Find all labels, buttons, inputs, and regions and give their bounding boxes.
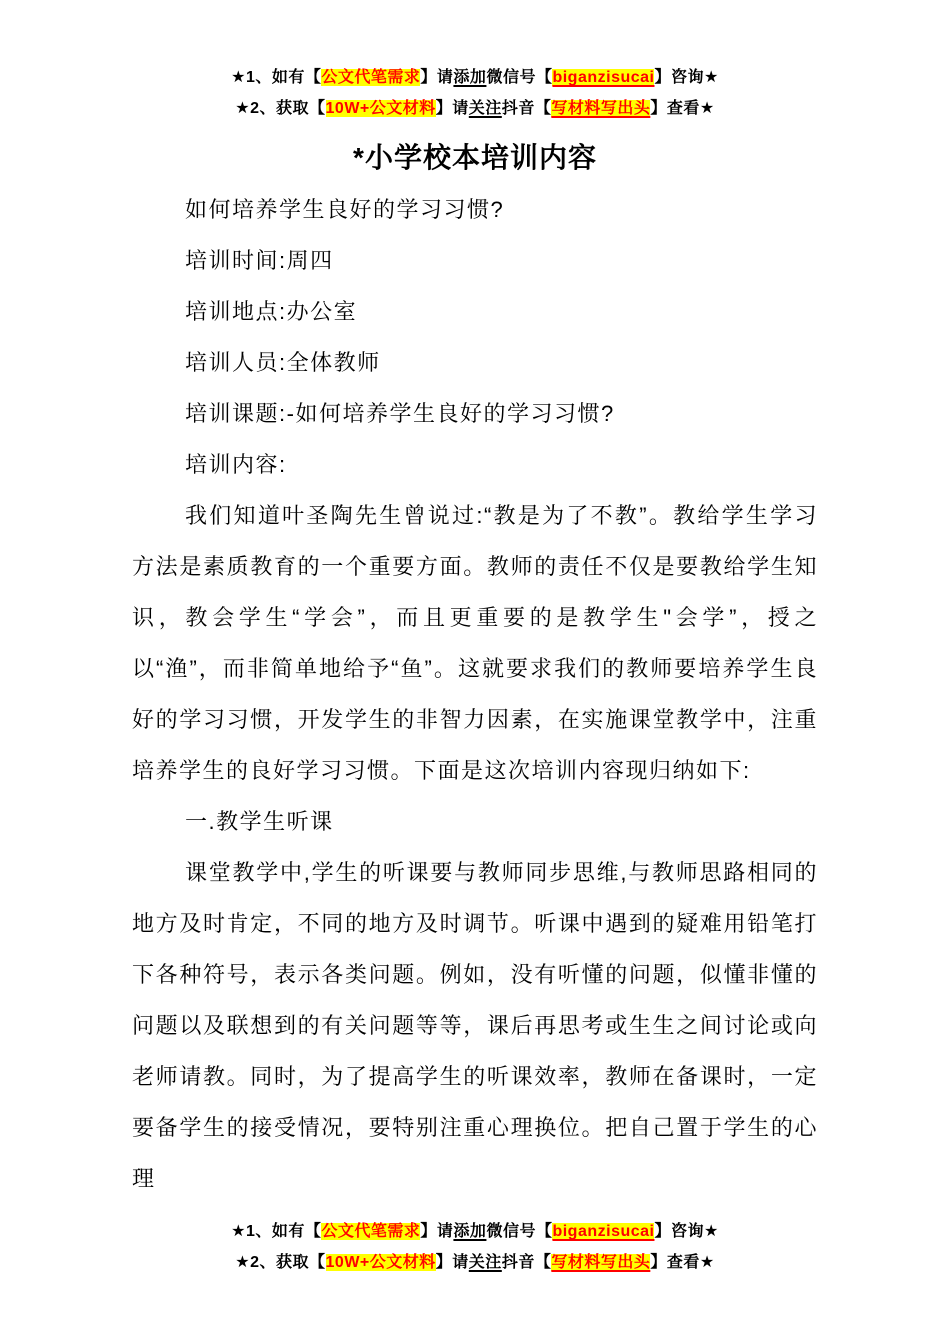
promo-service-highlight: 公文代笔需求 xyxy=(321,1223,420,1240)
promo-wechat-id: biganzisucai xyxy=(552,69,654,86)
promo-action-add: 添加 xyxy=(453,69,486,86)
paragraph-intro-question: 如何培养学生良好的学习习惯? xyxy=(132,184,818,235)
paragraph-training-content-label: 培训内容: xyxy=(132,439,818,490)
paragraph-training-place: 培训地点:办公室 xyxy=(132,286,818,337)
promo-footer-line-2: ★2、获取【10W+公文材料】请关注抖音【写材料写出头】查看★ xyxy=(0,1247,950,1278)
promo-wechat-id: biganzisucai xyxy=(552,1223,654,1240)
document-page: ★1、如有【公文代笔需求】请添加微信号【biganzisucai】咨询★ ★2、… xyxy=(0,0,950,1344)
promo-star-suffix: 】查看★ xyxy=(650,1254,714,1271)
promo-douyin-label: 抖音【 xyxy=(502,1254,552,1271)
promo-bracket-mid: 】请 xyxy=(420,69,453,86)
promo-star-suffix: 】查看★ xyxy=(650,100,714,117)
promo-bracket-mid: 】请 xyxy=(436,1254,469,1271)
promo-header: ★1、如有【公文代笔需求】请添加微信号【biganzisucai】咨询★ ★2、… xyxy=(0,0,950,124)
promo-footer-line-1: ★1、如有【公文代笔需求】请添加微信号【biganzisucai】咨询★ xyxy=(0,1216,950,1247)
paragraph-training-time: 培训时间:周四 xyxy=(132,235,818,286)
promo-materials-highlight: 10W+公文材料 xyxy=(326,1254,436,1271)
promo-bracket-mid: 】请 xyxy=(420,1223,453,1240)
promo-star-prefix: ★1、如有【 xyxy=(231,1223,321,1240)
promo-materials-highlight: 10W+公文材料 xyxy=(326,100,436,117)
promo-star-suffix: 】咨询★ xyxy=(654,69,718,86)
promo-action-add: 添加 xyxy=(453,1223,486,1240)
promo-star-prefix: ★2、获取【 xyxy=(235,1254,325,1271)
promo-star-prefix: ★1、如有【 xyxy=(231,69,321,86)
promo-wechat-label: 微信号【 xyxy=(486,1223,552,1240)
paragraph-section-heading-1: 一.教学生听课 xyxy=(132,796,818,847)
promo-douyin-id: 写材料写出头 xyxy=(551,1254,650,1271)
promo-action-follow: 关注 xyxy=(469,100,502,117)
promo-star-suffix: 】咨询★ xyxy=(654,1223,718,1240)
promo-wechat-label: 微信号【 xyxy=(486,69,552,86)
promo-action-follow: 关注 xyxy=(469,1254,502,1271)
promo-footer: ★1、如有【公文代笔需求】请添加微信号【biganzisucai】咨询★ ★2、… xyxy=(0,1216,950,1278)
document-title: *小学校本培训内容 xyxy=(0,136,950,176)
paragraph-training-topic: 培训课题:-如何培养学生良好的学习习惯? xyxy=(132,388,818,439)
promo-douyin-id: 写材料写出头 xyxy=(551,100,650,117)
promo-douyin-label: 抖音【 xyxy=(502,100,552,117)
document-body: 如何培养学生良好的学习习惯? 培训时间:周四 培训地点:办公室 培训人员:全体教… xyxy=(132,184,818,1204)
promo-header-line-2: ★2、获取【10W+公文材料】请关注抖音【写材料写出头】查看★ xyxy=(0,93,950,124)
paragraph-main-intro: 我们知道叶圣陶先生曾说过:“教是为了不教”。教给学生学习方法是素质教育的一个重要… xyxy=(132,490,818,796)
promo-bracket-mid: 】请 xyxy=(436,100,469,117)
promo-header-line-1: ★1、如有【公文代笔需求】请添加微信号【biganzisucai】咨询★ xyxy=(0,62,950,93)
promo-service-highlight: 公文代笔需求 xyxy=(321,69,420,86)
paragraph-section-1-body: 课堂教学中,学生的听课要与教师同步思维,与教师思路相同的地方及时肯定，不同的地方… xyxy=(132,847,818,1204)
paragraph-training-staff: 培训人员:全体教师 xyxy=(132,337,818,388)
promo-star-prefix: ★2、获取【 xyxy=(235,100,325,117)
